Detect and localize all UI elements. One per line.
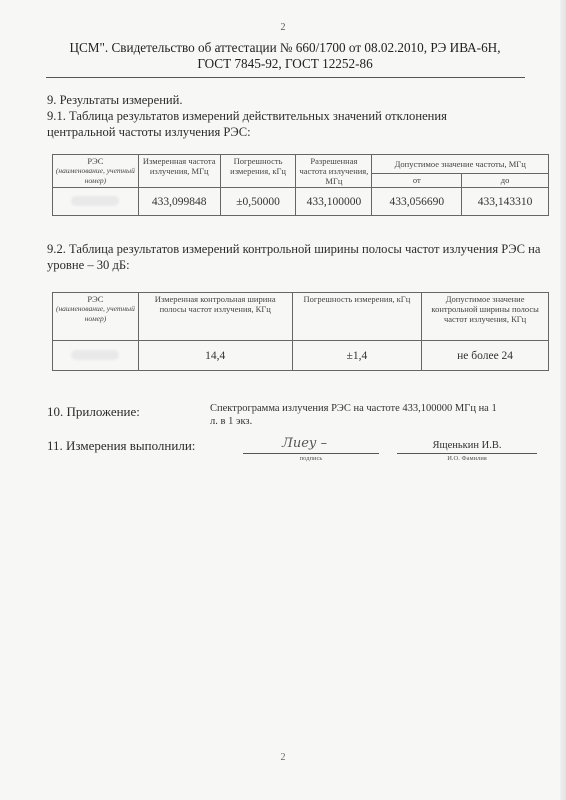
- frequency-results-table: РЭС (наименование, учетный номер) Измере…: [52, 154, 549, 216]
- table2-header-row: РЭС (наименование, учетный номер) Измере…: [53, 293, 549, 341]
- table1-header-error: Погрешность измерения, кГц: [220, 155, 296, 188]
- table1-header-measured: Измеренная частота излучения, МГц: [138, 155, 220, 188]
- redacted-text: [71, 196, 119, 206]
- table2-cell-allowed: не более 24: [422, 341, 549, 371]
- header-rule: [46, 77, 525, 78]
- page-edge: [560, 0, 566, 800]
- section-10-label: 10. Приложение:: [47, 404, 140, 420]
- redacted-text: [71, 350, 119, 360]
- table2-cell-measured: 14,4: [138, 341, 292, 371]
- table1-header-to: до: [462, 173, 549, 187]
- bandwidth-results-table: РЭС (наименование, учетный номер) Измере…: [52, 292, 549, 371]
- table1-cell-measured: 433,099848: [138, 188, 220, 216]
- table1-cell-from: 433,056690: [372, 188, 462, 216]
- table-row: 14,4 ±1,4 не более 24: [53, 341, 549, 371]
- res-note: (наименование, учетный номер): [55, 304, 136, 324]
- name-caption: И.О. Фамилия: [397, 455, 537, 462]
- signature-line: [243, 453, 379, 454]
- section-10-text: Спектрограмма излучения РЭС на частоте 4…: [210, 402, 500, 428]
- table1-header-allowed: Разрешенная частота излучения, МГц: [296, 155, 372, 188]
- signature-caption: подпись: [243, 455, 379, 462]
- table1-cell-to: 433,143310: [462, 188, 549, 216]
- section-9-title: 9. Результаты измерений.: [47, 92, 447, 108]
- table2-header-error: Погрешность измерения, кГц: [292, 293, 422, 341]
- table1-cell-allowed: 433,100000: [296, 188, 372, 216]
- table2-header-measured: Измеренная контрольная ширина полосы час…: [138, 293, 292, 341]
- section-9-2: 9.2. Таблица результатов измерений контр…: [47, 241, 547, 273]
- table1-header-from: от: [372, 173, 462, 187]
- section-11-label: 11. Измерения выполнили:: [47, 438, 195, 454]
- header-line-2: ГОСТ 7845-92, ГОСТ 12252-86: [46, 56, 524, 72]
- table1-cell-error: ±0,50000: [220, 188, 296, 216]
- table1-header-range: Допустимое значение частоты, МГц: [372, 155, 549, 174]
- table2-cell-error: ±1,4: [292, 341, 422, 371]
- res-label: РЭС: [55, 156, 136, 166]
- page-number-bottom: 2: [0, 752, 566, 763]
- signature: Лиеу –: [282, 436, 327, 451]
- table-row: 433,099848 ±0,50000 433,100000 433,05669…: [53, 188, 549, 216]
- header-line-1: ЦСМ". Свидетельство об аттестации № 660/…: [46, 40, 524, 56]
- table1-cell-res: [53, 188, 139, 216]
- section-9: 9. Результаты измерений. 9.1. Таблица ре…: [47, 92, 447, 140]
- table2-header-res: РЭС (наименование, учетный номер): [53, 293, 139, 341]
- performer-name: Ященькин И.В.: [397, 440, 537, 451]
- table1-header-row: РЭС (наименование, учетный номер) Измере…: [53, 155, 549, 174]
- table2-cell-res: [53, 341, 139, 371]
- table1-header-res: РЭС (наименование, учетный номер): [53, 155, 139, 188]
- res-note: (наименование, учетный номер): [55, 166, 136, 186]
- section-9-1-line-2: центральной частоты излучения РЭС:: [47, 124, 447, 140]
- res-label: РЭС: [55, 294, 136, 304]
- document-page: 2 ЦСМ". Свидетельство об аттестации № 66…: [0, 0, 566, 800]
- section-9-1-line-1: 9.1. Таблица результатов измерений дейст…: [47, 108, 447, 124]
- name-line: [397, 453, 537, 454]
- table2-header-allowed: Допустимое значение контрольной ширины п…: [422, 293, 549, 341]
- document-header: ЦСМ". Свидетельство об аттестации № 660/…: [46, 40, 524, 72]
- page-number-top: 2: [0, 22, 566, 33]
